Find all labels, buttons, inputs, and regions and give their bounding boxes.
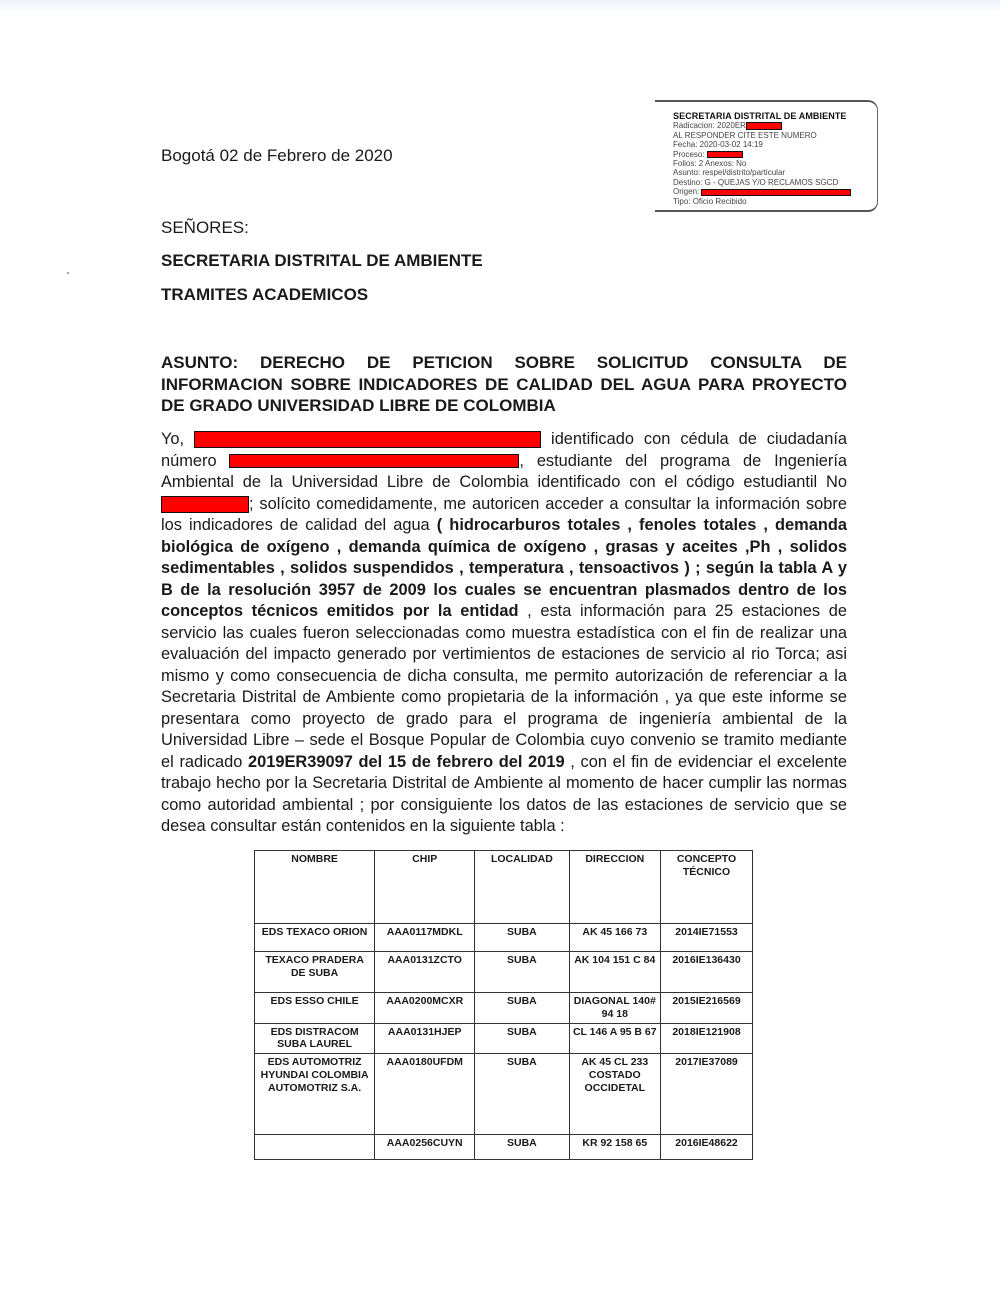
stamp-origen: Origen:	[673, 187, 873, 196]
cell-direccion: CL 146 A 95 B 67	[569, 1023, 660, 1054]
salutation: SEÑORES:	[161, 218, 847, 238]
stamp-responder: AL RESPONDER CITE ESTE NUMERO	[673, 131, 873, 140]
table-row: AAA0256CUYN SUBA KR 92 158 65 2016IE4862…	[255, 1135, 753, 1160]
recipient-entity: SECRETARIA DISTRITAL DE AMBIENTE	[161, 251, 847, 271]
cell-nombre: EDS TEXACO ORION	[255, 924, 375, 952]
table-header-row: NOMBRE CHIP LOCALIDAD DIRECCION CONCEPTO…	[255, 851, 753, 924]
cell-nombre: TEXACO PRADERA DE SUBA	[255, 952, 375, 993]
cell-nombre: EDS DISTRACOM SUBA LAUREL	[255, 1023, 375, 1054]
cell-chip: AAA0117MDKL	[375, 924, 475, 952]
header-chip: CHIP	[375, 851, 475, 924]
header-concepto-tecnico: CONCEPTO TÉCNICO	[661, 851, 753, 924]
letter-subject: ASUNTO: DERECHO DE PETICION SOBRE SOLICI…	[161, 352, 847, 417]
redaction-box	[701, 189, 851, 196]
stamp-destino: Destino: G - QUEJAS Y/O RECLAMOS SGCD	[673, 178, 873, 187]
redaction-box-student-code	[161, 496, 249, 513]
cell-direccion: AK 104 151 C 84	[569, 952, 660, 993]
redaction-box-name	[194, 431, 541, 448]
cell-chip: AAA0131ZCTO	[375, 952, 475, 993]
cell-concepto: 2017IE37089	[661, 1054, 753, 1135]
cell-localidad: SUBA	[475, 1023, 569, 1054]
header-nombre: NOMBRE	[255, 851, 375, 924]
stamp-asunto: Asunto: respel/distrito/particular	[673, 168, 873, 177]
cell-nombre	[255, 1135, 375, 1160]
cell-chip: AAA0200MCXR	[375, 993, 475, 1024]
table-row: EDS AUTOMOTRIZ HYUNDAI COLOMBIA AUTOMOTR…	[255, 1054, 753, 1135]
cell-direccion: KR 92 158 65	[569, 1135, 660, 1160]
cell-chip: AAA0180UFDM	[375, 1054, 475, 1135]
cell-concepto: 2018IE121908	[661, 1023, 753, 1054]
cell-chip: AAA0256CUYN	[375, 1135, 475, 1160]
cell-direccion: AK 45 166 73	[569, 924, 660, 952]
redaction-box	[746, 122, 782, 130]
header-direccion: DIRECCION	[569, 851, 660, 924]
cell-localidad: SUBA	[475, 924, 569, 952]
stamp-radicacion: Radicacion: 2020ER	[673, 121, 873, 130]
cell-localidad: SUBA	[475, 1135, 569, 1160]
cell-chip: AAA0131HJEP	[375, 1023, 475, 1054]
scan-speck	[67, 272, 69, 274]
letter-body: Yo, identificado con cédula de ciudadaní…	[161, 429, 847, 838]
cell-localidad: SUBA	[475, 993, 569, 1024]
cell-concepto: 2016IE136430	[661, 952, 753, 993]
header-localidad: LOCALIDAD	[475, 851, 569, 924]
radicado-reference: 2019ER39097 del 15 de febrero del 2019	[248, 753, 565, 771]
cell-localidad: SUBA	[475, 1054, 569, 1135]
stations-table: NOMBRE CHIP LOCALIDAD DIRECCION CONCEPTO…	[254, 850, 753, 1160]
stamp-title: SECRETARIA DISTRITAL DE AMBIENTE	[673, 112, 873, 121]
recipient-department: TRAMITES ACADEMICOS	[161, 285, 847, 305]
cell-direccion: AK 45 CL 233 COSTADO OCCIDETAL	[569, 1054, 660, 1135]
table-row: TEXACO PRADERA DE SUBA AAA0131ZCTO SUBA …	[255, 952, 753, 993]
cell-concepto: 2016IE48622	[661, 1135, 753, 1160]
redaction-box-id-number	[229, 454, 519, 468]
cell-nombre: EDS ESSO CHILE	[255, 993, 375, 1024]
cell-concepto: 2015IE216569	[661, 993, 753, 1024]
table-row: EDS ESSO CHILE AAA0200MCXR SUBA DIAGONAL…	[255, 993, 753, 1024]
table-row: EDS TEXACO ORION AAA0117MDKL SUBA AK 45 …	[255, 924, 753, 952]
cell-concepto: 2014IE71553	[661, 924, 753, 952]
stamp-tipo: Tipo: Oficio Recibido	[673, 197, 873, 206]
letter-date: Bogotá 02 de Febrero de 2020	[161, 146, 847, 166]
cell-direccion: DIAGONAL 140# 94 18	[569, 993, 660, 1024]
scan-top-edge	[0, 0, 1000, 14]
table-row: EDS DISTRACOM SUBA LAUREL AAA0131HJEP SU…	[255, 1023, 753, 1054]
cell-localidad: SUBA	[475, 952, 569, 993]
cell-nombre: EDS AUTOMOTRIZ HYUNDAI COLOMBIA AUTOMOTR…	[255, 1054, 375, 1135]
